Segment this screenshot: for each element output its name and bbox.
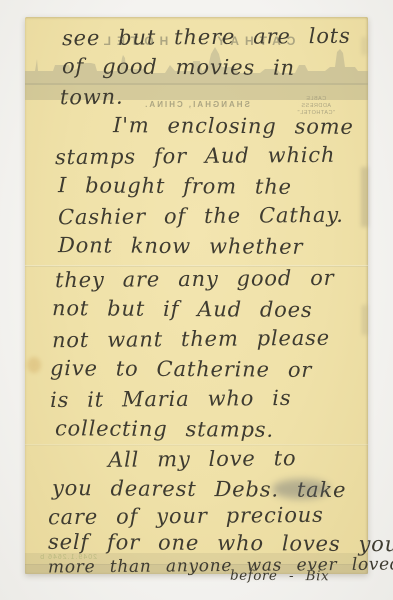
- handwritten-line: I'm enclosing some: [113, 113, 354, 139]
- handwritten-line: they are any good or: [55, 266, 335, 292]
- handwritten-line: self for one who loves you: [48, 530, 393, 556]
- handwritten-line: not want them please: [52, 326, 330, 352]
- letter-page: CATHAY HOTEL SHANGHAI, CHINA. CABLE ADDR…: [25, 17, 368, 574]
- handwritten-line: Dont know whether: [58, 233, 303, 259]
- handwritten-line: see but there are lots: [62, 24, 351, 51]
- handwritten-line: All my love to: [108, 446, 297, 472]
- handwritten-line: is it Maria who is: [50, 386, 292, 412]
- handwritten-line: town.: [60, 85, 124, 110]
- scan-background: CATHAY HOTEL SHANGHAI, CHINA. CABLE ADDR…: [0, 0, 393, 600]
- handwritten-line: not but if Aud does: [52, 296, 313, 322]
- handwritten-line: care of your precious: [48, 503, 324, 529]
- handwritten-line: more than anyone was ever loved: [48, 554, 393, 577]
- handwritten-line: give to Catherine or: [50, 356, 312, 382]
- ink-blot-over-name: [272, 479, 330, 499]
- handwritten-line: I bought from the: [58, 173, 292, 199]
- handwritten-signature-line: before - Bix: [230, 568, 329, 585]
- handwritten-line: collecting stamps.: [55, 416, 274, 442]
- handwritten-line: of good movies in: [62, 54, 295, 80]
- handwritten-line: Cashier of the Cathay.: [58, 203, 344, 229]
- handwritten-line: stamps for Aud which: [55, 143, 335, 169]
